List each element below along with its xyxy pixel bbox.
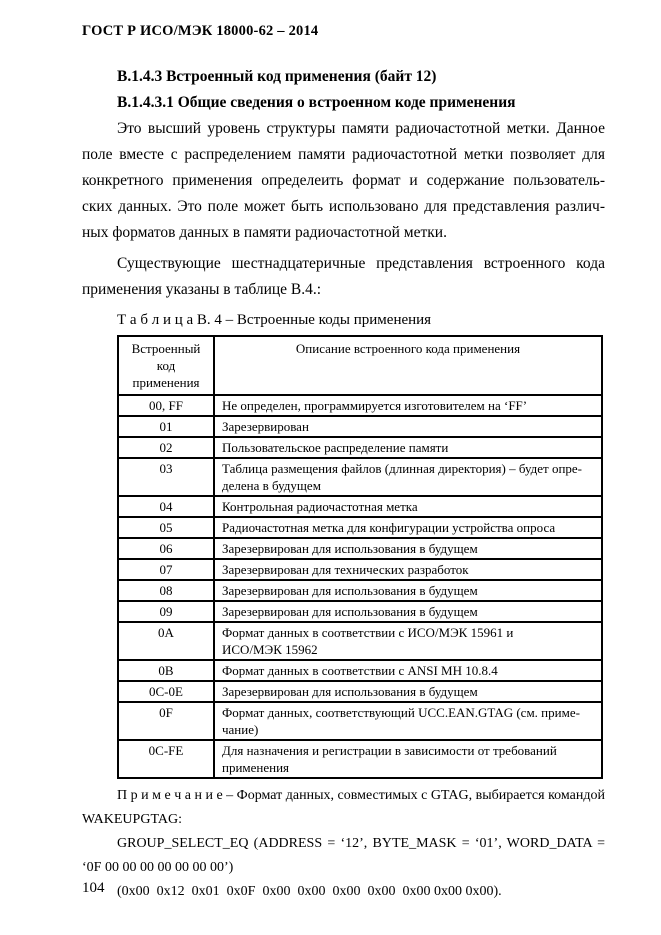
description-cell: Формат данных, соответствующий UCC.EAN.G…: [214, 702, 602, 740]
table-header-row: Встроенныйкодприменения Описание встроен…: [118, 336, 602, 395]
code-cell: 06: [118, 538, 214, 559]
code-cell: 05: [118, 517, 214, 538]
code-cell: 0C-0E: [118, 681, 214, 702]
table-row: 06 Зарезервирован для использования в бу…: [118, 538, 602, 559]
section-heading: В.1.4.3 Встроенный код применения (байт …: [82, 64, 605, 90]
table-row: 04 Контрольная радиочастотная метка: [118, 496, 602, 517]
note-line: (0x00 0x12 0x01 0x0F 0x00 0x00 0x00 0x00…: [82, 880, 605, 904]
page-number: 104: [82, 880, 105, 897]
description-cell: Контрольная радиочастотная метка: [214, 496, 602, 517]
description-cell: Для назначения и регистрации в зависимос…: [214, 740, 602, 778]
description-cell: Формат данных в соответствии с ANSI MH 1…: [214, 660, 602, 681]
subsection-heading: В.1.4.3.1 Общие сведения о встроенном ко…: [82, 90, 605, 116]
code-cell: 0F: [118, 702, 214, 740]
column-header-code: Встроенныйкодприменения: [118, 336, 214, 395]
table-row: 02 Пользовательское распределение памяти: [118, 437, 602, 458]
code-cell: 04: [118, 496, 214, 517]
code-cell: 01: [118, 416, 214, 437]
code-cell: 0C-FE: [118, 740, 214, 778]
description-cell: Зарезервирован для использования в будущ…: [214, 538, 602, 559]
description-cell: Зарезервирован для использования в будущ…: [214, 681, 602, 702]
table-row: 01 Зарезервирован: [118, 416, 602, 437]
description-cell: Таблица размещения файлов (длинная дирек…: [214, 458, 602, 496]
document-page: ГОСТ Р ИСО/МЭК 18000-62 – 2014 В.1.4.3 В…: [0, 0, 661, 935]
table-body: 00, FF Не определен, программируется изг…: [118, 395, 602, 778]
description-cell: Зарезервирован для технических разработо…: [214, 559, 602, 580]
paragraph-table-ref: Существующие шестнадцатеричные представл…: [82, 251, 605, 303]
note-line: GROUP_SELECT_EQ (ADDRESS = ‘12’, BYTE_MA…: [82, 832, 605, 856]
description-cell: Радиочастотная метка для конфигурации ус…: [214, 517, 602, 538]
code-cell: 00, FF: [118, 395, 214, 416]
description-cell: Зарезервирован: [214, 416, 602, 437]
description-cell: Пользовательское распределение памяти: [214, 437, 602, 458]
column-header-description: Описание встроенного кода применения: [214, 336, 602, 395]
code-cell: 0A: [118, 622, 214, 660]
table-row: 07 Зарезервирован для технических разраб…: [118, 559, 602, 580]
table-row: 09 Зарезервирован для использования в бу…: [118, 601, 602, 622]
code-cell: 07: [118, 559, 214, 580]
note-line: П р и м е ч а н и е – Формат данных, сов…: [82, 784, 605, 808]
code-cell: 02: [118, 437, 214, 458]
embedded-application-codes-table: Встроенныйкодприменения Описание встроен…: [117, 335, 603, 779]
table-caption: Т а б л и ц а В. 4 – Встроенные коды при…: [82, 307, 605, 333]
table-row: 0B Формат данных в соответствии с ANSI M…: [118, 660, 602, 681]
description-cell: Зарезервирован для использования в будущ…: [214, 580, 602, 601]
code-cell: 09: [118, 601, 214, 622]
paragraph-intro: Это высший уровень структуры памяти ради…: [82, 116, 605, 246]
code-cell: 08: [118, 580, 214, 601]
note-line: WAKEUPGTAG:: [82, 808, 605, 832]
description-cell: Не определен, программируется изготовите…: [214, 395, 602, 416]
table-row: 0F Формат данных, соответствующий UCC.EA…: [118, 702, 602, 740]
code-cell: 0B: [118, 660, 214, 681]
table-row: 0C-FE Для назначения и регистрации в зав…: [118, 740, 602, 778]
note-block: П р и м е ч а н и е – Формат данных, сов…: [82, 784, 605, 904]
table-row: 05 Радиочастотная метка для конфигурации…: [118, 517, 602, 538]
code-cell: 03: [118, 458, 214, 496]
note-line: ‘0F 00 00 00 00 00 00 00’): [82, 856, 605, 880]
table-row: 0C-0E Зарезервирован для использования в…: [118, 681, 602, 702]
description-cell: Формат данных в соответствии с ИСО/МЭК 1…: [214, 622, 602, 660]
table-row: 03 Таблица размещения файлов (длинная ди…: [118, 458, 602, 496]
table-row: 08 Зарезервирован для использования в бу…: [118, 580, 602, 601]
table-row: 0A Формат данных в соответствии с ИСО/МЭ…: [118, 622, 602, 660]
table-row: 00, FF Не определен, программируется изг…: [118, 395, 602, 416]
running-header: ГОСТ Р ИСО/МЭК 18000-62 – 2014: [82, 22, 605, 40]
description-cell: Зарезервирован для использования в будущ…: [214, 601, 602, 622]
